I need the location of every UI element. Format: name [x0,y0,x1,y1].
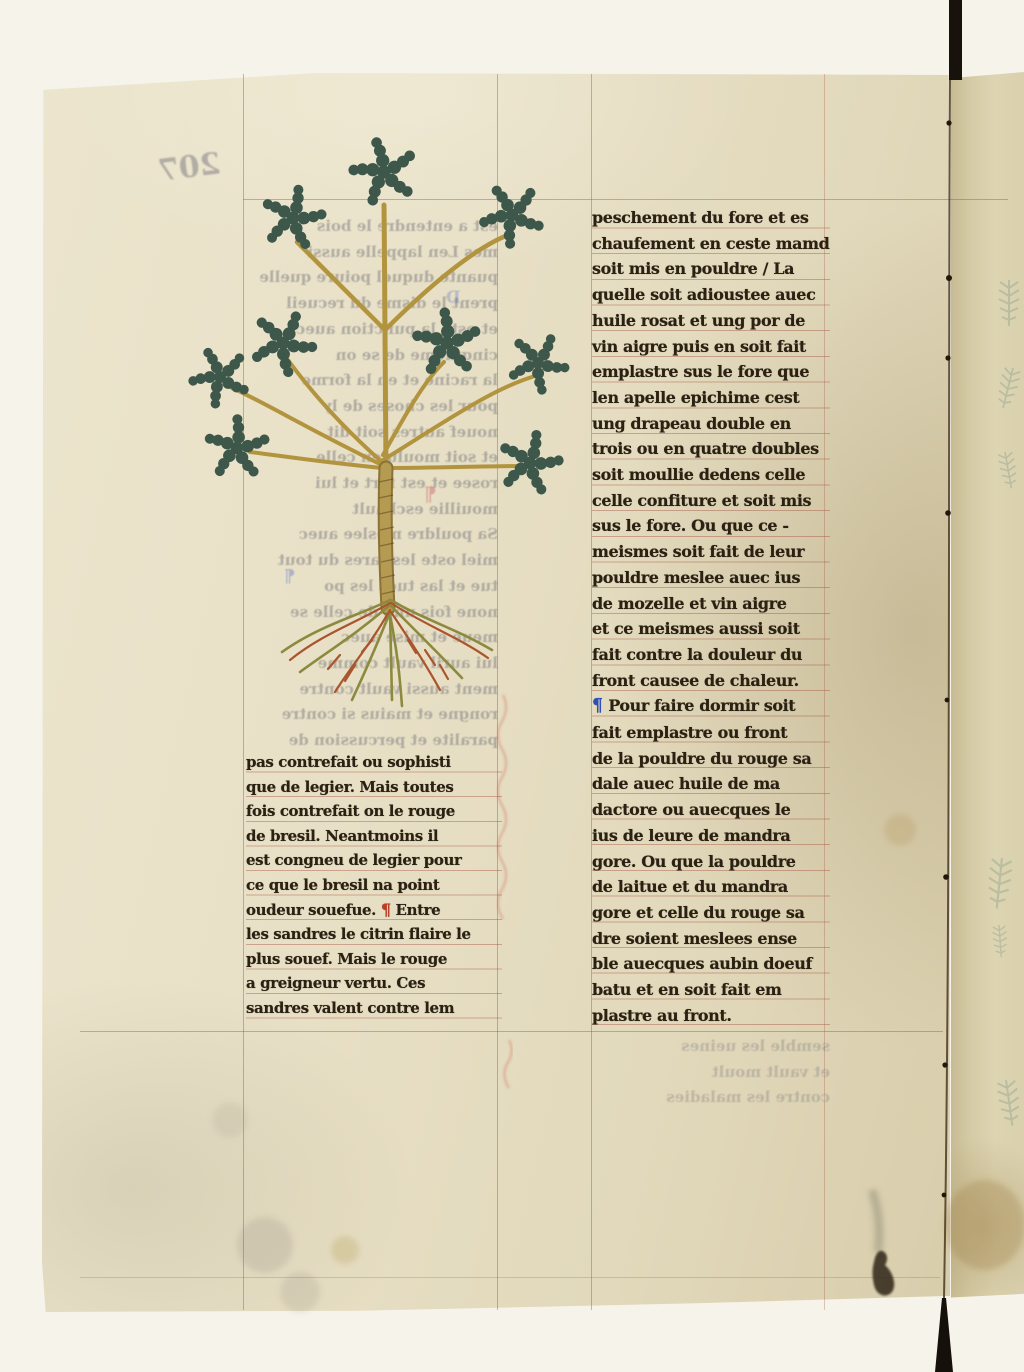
ruling-line-top [243,199,1008,200]
manuscript-text: dre soient meslees ense [592,929,797,948]
manuscript-text: pas contrefait ou sophisti [246,753,451,771]
text-line: a greigneur vertu. Ces [246,971,502,996]
text-line: huile rosat et ung por de [592,308,830,334]
manuscript-text: ce que le bresil na point [246,876,439,894]
text-line: ¶ Pour faire dormir soit [592,693,830,720]
gutter-shadow-wedge [935,1298,953,1372]
showthrough-line: rosee et est fort et lui [246,471,498,497]
ruling-line-col1-left [243,74,244,1310]
text-line: ble auecques aubin doeuf [592,951,830,977]
text-column-right: peschement du fore et eschaufement en ce… [592,205,830,1029]
text-line: soit mis en pouldre / La [592,256,830,282]
text-line: plus souef. Mais le rouge [246,947,502,972]
showthrough-red-pilcrow: ¶ [424,482,437,506]
text-line: dre soient meslees ense [592,926,830,952]
manuscript-text: celle confiture et soit mis [592,491,811,510]
manuscript-text: Pour faire dormir soit [608,696,795,715]
manuscript-text: plastre au front. [592,1006,732,1025]
showthrough-line: ment aussi vault contre [246,677,498,703]
text-line: oudeur souefue. ¶ Entre [246,898,502,923]
text-line: gore et celle du rouge sa [592,900,830,926]
manuscript-text: ius de leure de mandra [592,826,790,845]
text-line: ung drapeau double en [592,411,830,437]
text-line: gore. Ou que la pouldre [592,849,830,875]
manuscript-text: front causee de chaleur. [592,671,799,690]
showthrough-line: nouef autres soit dit [246,420,498,446]
text-line: trois ou en quatre doubles [592,436,830,462]
showthrough-line: mouillie eschault [246,497,498,523]
manuscript-text: et ce meismes aussi soit [592,619,800,638]
showthrough-line: et vault moult [592,1060,830,1086]
binding-strip [949,0,962,80]
manuscript-text: ung drapeau double en [592,414,791,433]
ruling-line-lower [80,1277,940,1278]
text-line: est congneu de legier pour [246,848,502,873]
manuscript-text: gore et celle du rouge sa [592,903,804,922]
manuscript-text: dactore ou auecques le [592,800,790,819]
ruling-line-bottom [80,1031,943,1032]
text-line: ius de leure de mandra [592,823,830,849]
red-pilcrow: ¶ [381,900,391,919]
text-line: sus le fore. Ou que ce - [592,513,830,539]
manuscript-text: fait emplastre ou front [592,723,787,742]
showthrough-line: Sa pouldre meslee auec [246,522,498,548]
text-line: sandres valent contre lem [246,996,502,1021]
manuscript-text: de laitue et du mandra [592,877,788,896]
photo-background: { "colors": { "ink": "#2a2113", "red": "… [0,0,1024,1372]
text-line: len apelle epichime cest [592,385,830,411]
text-line: front causee de chaleur. [592,668,830,694]
text-line: quelle soit adioustee auec [592,282,830,308]
showthrough-line: meue et mise auec [246,625,498,651]
showthrough-line: lui auril vault comme [246,651,498,677]
manuscript-text: vin aigre puis en soit fait [592,337,806,356]
blue-pilcrow: ¶ [592,696,608,716]
showthrough-line: semble les ueines [592,1034,830,1060]
manuscript-text: meismes soit fait de leur [592,542,804,561]
manuscript-text: soit mis en pouldre / La [592,259,794,278]
text-line: de mozelle et vin aigre [592,591,830,617]
text-line: de laitue et du mandra [592,874,830,900]
facing-page-edge [951,72,1024,1300]
text-line: celle confiture et soit mis [592,488,830,514]
manuscript-text: pouldre meslee auec ius [592,568,800,587]
text-line: ce que le bresil na point [246,873,502,898]
manuscript-text: chaufement en ceste mamd [592,234,829,253]
showthrough-line: none fois ung de celle se [246,600,498,626]
text-line: plastre au front. [592,1003,830,1029]
text-line: dale auec huile de ma [592,771,830,797]
showthrough-line: et soit moulu en celle [246,445,498,471]
showthrough-line: contre les maladies [592,1085,830,1111]
manuscript-text: sus le fore. Ou que ce - [592,516,789,535]
manuscript-text: de bresil. Neantmoins il [246,827,438,845]
text-line: dactore ou auecques le [592,797,830,823]
manuscript-text: que de legier. Mais toutes [246,778,453,796]
text-line: fait emplastre ou front [592,720,830,746]
manuscript-text: emplastre sus le fore que [592,362,809,381]
showthrough-line: pour les choses de ly [246,394,498,420]
showthrough-line: et oste la punction auec [246,317,498,343]
manuscript-text: de mozelle et vin aigre [592,594,786,613]
text-line: de la pouldre du rouge sa [592,746,830,772]
manuscript-text: fait contre la douleur du [592,645,802,664]
text-line: fait contre la douleur du [592,642,830,668]
text-line: peschement du fore et es [592,205,830,231]
text-line: emplastre sus le fore que [592,359,830,385]
manuscript-text: est congneu de legier pour [246,851,462,869]
manuscript-text: quelle soit adioustee auec [592,285,815,304]
text-line: meismes soit fait de leur [592,539,830,565]
showthrough-line: est a entendre le bois [246,214,498,240]
manuscript-text: gore. Ou que la pouldre [592,852,796,871]
text-line: que de legier. Mais toutes [246,775,502,800]
showthrough-blue-pilcrow: ¶ [284,566,295,587]
text-line: et ce meismes aussi soit [592,616,830,642]
manuscript-text: sandres valent contre lem [246,999,454,1017]
manuscript-text: huile rosat et ung por de [592,311,805,330]
manuscript-text: peschement du fore et es [592,208,809,227]
manuscript-text: dale auec huile de ma [592,774,780,793]
manuscript-text: trois ou en quatre doubles [592,439,819,458]
text-line: pouldre meslee auec ius [592,565,830,591]
manuscript-text: a greigneur vertu. Ces [246,974,425,992]
text-line: de bresil. Neantmoins il [246,824,502,849]
showthrough-line: la racine et en la forme [246,368,498,394]
manuscript-text: de la pouldre du rouge sa [592,749,811,768]
text-line: vin aigre puis en soit fait [592,334,830,360]
showthrough-line: cinquieme de se on [246,343,498,369]
manuscript-text: batu et en soit fait em [592,980,782,999]
text-line: batu et en soit fait em [592,977,830,1003]
text-line: les sandres le citrin flaire le [246,922,502,947]
showthrough-blue-initial: D [446,288,461,308]
text-line: pas contrefait ou sophisti [246,750,502,775]
showthrough-line: rongne et maius si contre [246,702,498,728]
manuscript-text: len apelle epichime cest [592,388,799,407]
text-line: soit moullie dedens celle [592,462,830,488]
manuscript-text: soit moullie dedens celle [592,465,805,484]
manuscript-text: les sandres le citrin flaire le [246,925,471,943]
manuscript-text: oudeur souefue. [246,901,381,919]
showthrough-line: mes Len lappelle aussi [246,240,498,266]
manuscript-text: plus souef. Mais le rouge [246,950,447,968]
showthrough-text-right: semble les ueineset vault moultcontre le… [592,1034,830,1111]
manuscript-text: fois contrefait on le rouge [246,802,455,820]
text-line: chaufement en ceste mamd [592,231,830,257]
text-line: fois contrefait on le rouge [246,799,502,824]
manuscript-text: ble auecques aubin doeuf [592,954,812,973]
manuscript-text: Entre [391,901,441,919]
text-column-left: pas contrefait ou sophistique de legier.… [246,750,502,1021]
